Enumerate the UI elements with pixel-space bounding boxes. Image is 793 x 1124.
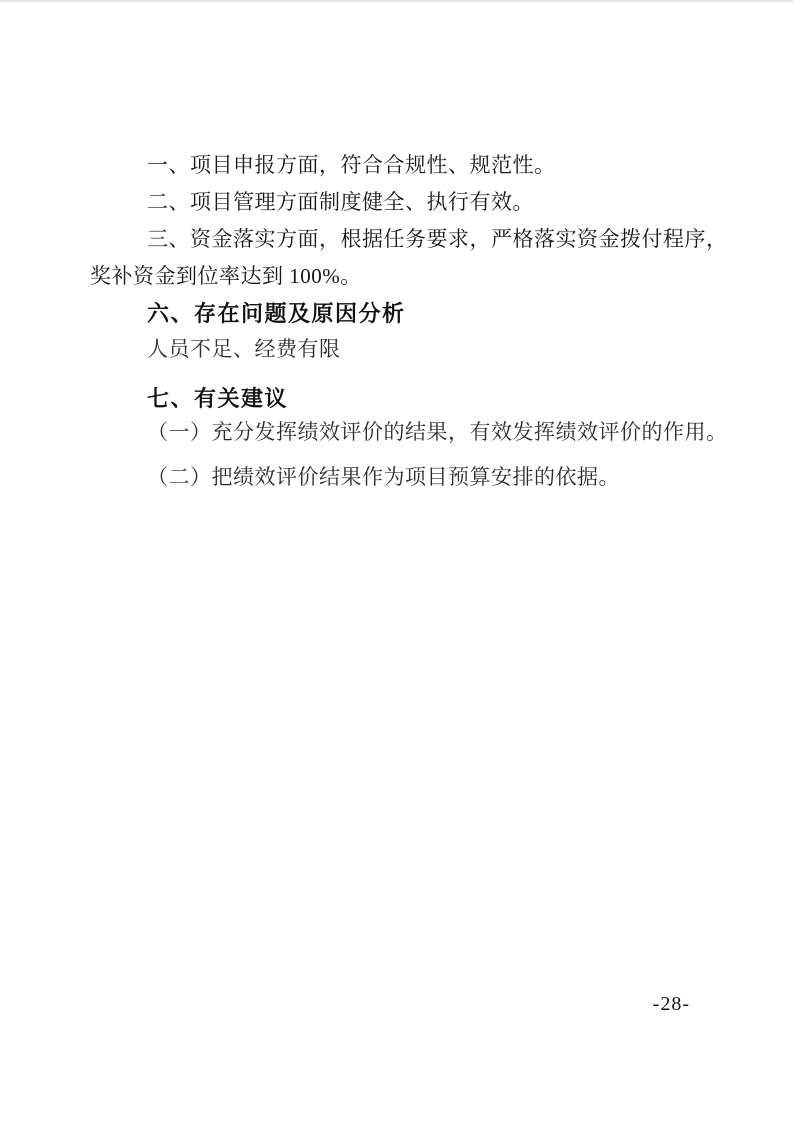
section-heading-suggestions: 七、有关建议 bbox=[90, 385, 706, 412]
suggestion-item-1: （一）充分发挥绩效评价的结果，有效发挥绩效评价的作用。 bbox=[90, 419, 706, 446]
document-page: 一、项目申报方面，符合合规性、规范性。 二、项目管理方面制度健全、执行有效。 三… bbox=[0, 0, 793, 1124]
finding-item-1: 一、项目申报方面，符合合规性、规范性。 bbox=[90, 152, 706, 179]
section-heading-problems: 六、存在问题及原因分析 bbox=[90, 300, 706, 327]
finding-item-3-line-2: 奖补资金到位率达到 100%。 bbox=[90, 263, 706, 290]
finding-item-2: 二、项目管理方面制度健全、执行有效。 bbox=[90, 189, 706, 216]
suggestion-item-2: （二）把绩效评价结果作为项目预算安排的依据。 bbox=[90, 464, 706, 491]
problems-body-text: 人员不足、经费有限 bbox=[90, 336, 706, 363]
page-number: -28- bbox=[90, 992, 690, 1016]
finding-item-3-line-1: 三、资金落实方面，根据任务要求，严格落实资金拨付程序， bbox=[90, 226, 714, 253]
